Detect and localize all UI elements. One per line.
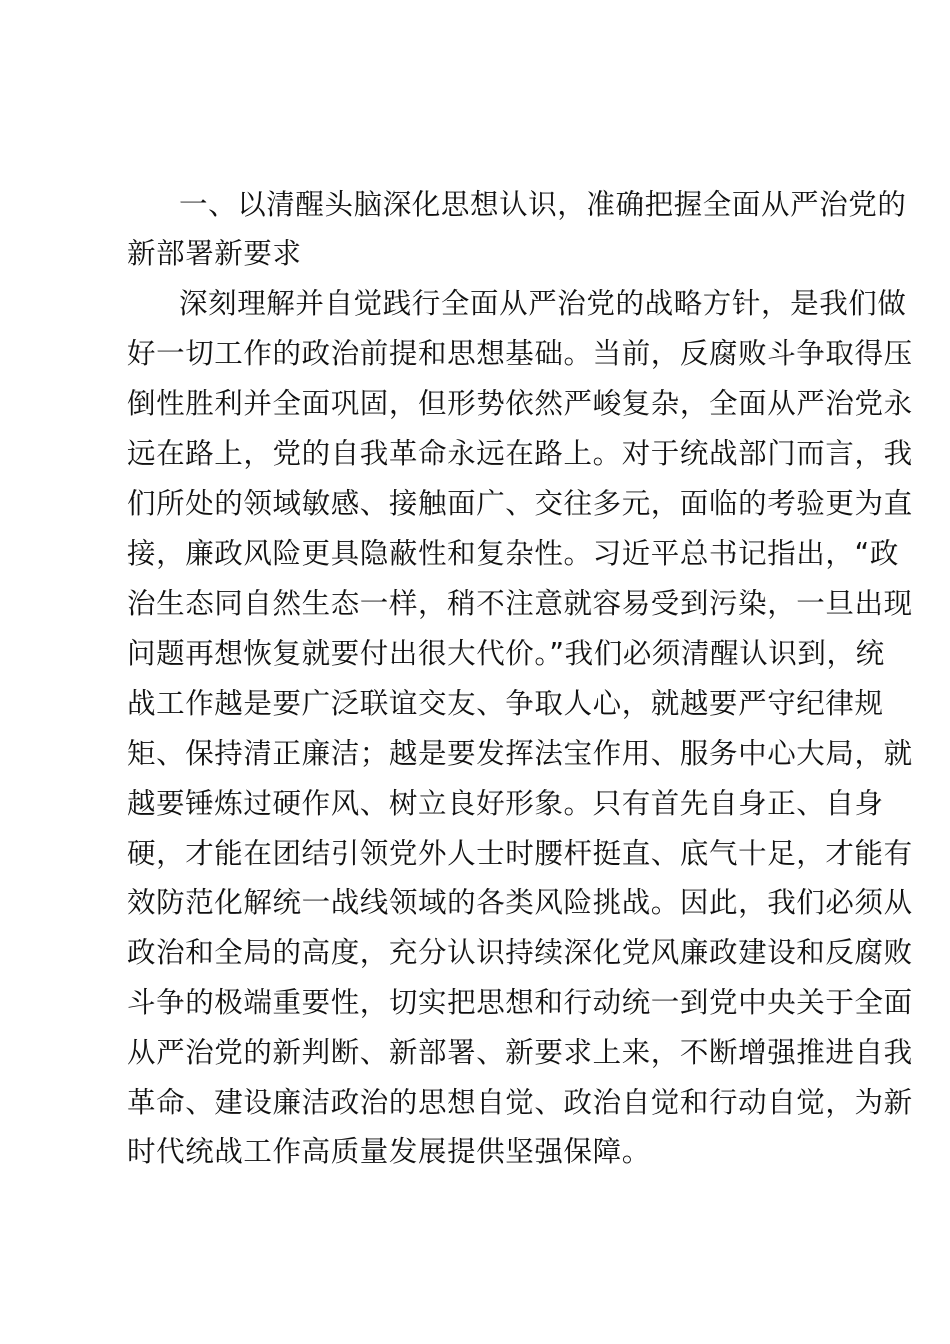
paragraph-line: 好一切工作的政治前提和思想基础。当前，反腐败斗争取得压: [127, 332, 837, 376]
paragraph-line: 接，廉政风险更具隐蔽性和复杂性。习近平总书记指出，“政: [127, 532, 837, 576]
paragraph-line: 越要锤炼过硬作风、树立良好形象。只有首先自身正、自身: [127, 782, 837, 826]
paragraph-line: 治生态同自然生态一样，稍不注意就容易受到污染，一旦出现: [127, 582, 837, 626]
section-heading-line-1: 一、以清醒头脑深化思想认识，准确把握全面从严治党的: [179, 183, 837, 227]
paragraph-line: 斗争的极端重要性，切实把思想和行动统一到党中央关于全面: [127, 981, 837, 1025]
paragraph-line: 效防范化解统一战线领域的各类风险挑战。因此，我们必须从: [127, 881, 837, 925]
paragraph-line: 深刻理解并自觉践行全面从严治党的战略方针，是我们做: [179, 282, 837, 326]
paragraph-line: 们所处的领域敏感、接触面广、交往多元，面临的考验更为直: [127, 482, 837, 526]
paragraph-line: 革命、建设廉洁政治的思想自觉、政治自觉和行动自觉，为新: [127, 1081, 837, 1125]
paragraph-line: 政治和全局的高度，充分认识持续深化党风廉政建设和反腐败: [127, 931, 837, 975]
section-heading-line-2: 新部署新要求: [127, 232, 837, 276]
paragraph-line: 问题再想恢复就要付出很大代价。”我们必须清醒认识到，统: [127, 632, 837, 676]
paragraph-line: 战工作越是要广泛联谊交友、争取人心，就越要严守纪律规: [127, 682, 837, 726]
paragraph-line: 硬，才能在团结引领党外人士时腰杆挺直、底气十足，才能有: [127, 832, 837, 876]
paragraph-line: 从严治党的新判断、新部署、新要求上来，不断增强推进自我: [127, 1031, 837, 1075]
paragraph-line: 远在路上，党的自我革命永远在路上。对于统战部门而言，我: [127, 432, 837, 476]
paragraph-line-last: 时代统战工作高质量发展提供坚强保障。: [127, 1130, 837, 1174]
paragraph-line: 倒性胜利并全面巩固，但形势依然严峻复杂，全面从严治党永: [127, 382, 837, 426]
document-page: 一、以清醒头脑深化思想认识，准确把握全面从严治党的 新部署新要求 深刻理解并自觉…: [0, 0, 950, 1344]
paragraph-line: 矩、保持清正廉洁；越是要发挥法宝作用、服务中心大局，就: [127, 732, 837, 776]
